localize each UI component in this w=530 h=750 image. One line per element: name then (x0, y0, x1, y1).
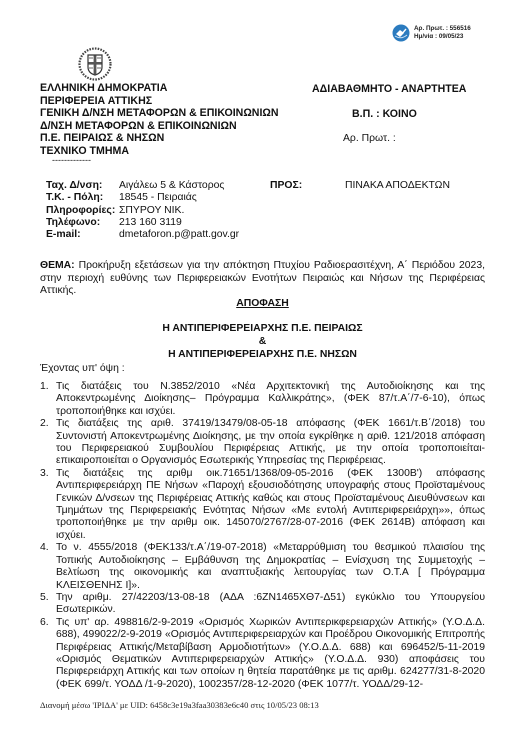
contact-email: dmetaforon.p@patt.gov.gr (119, 229, 239, 241)
contact-label: Πληροφορίες: (46, 205, 119, 217)
item-number: 3. (40, 468, 49, 480)
item-text: Τις διατάξεις της αριθμ οικ.71651/1368/0… (56, 468, 485, 542)
authority-piraeus: Η ΑΝΤΙΠΕΡΙΦΕΡΕΙΑΡΧΗΣ Π.Ε. ΠΕΙΡΑΙΩΣ (40, 322, 485, 335)
document-stamp-icon (392, 24, 410, 42)
contact-value: 213 160 3119 (119, 217, 182, 229)
decision-title: ΑΠΟΦΑΣΗ (40, 298, 485, 309)
contact-row-postal: Τ.Κ. - Πόλη: 18545 - Πειραιάς (46, 192, 239, 204)
contact-row-info: Πληροφορίες: ΣΠΥΡΟΥ ΝΙΚ. (46, 205, 239, 217)
contact-row-address: Ταχ. Δ/νση: Αιγάλεω 5 & Κάστορος (46, 180, 239, 192)
contact-details: Ταχ. Δ/νση: Αιγάλεω 5 & Κάστορος Τ.Κ. - … (46, 180, 239, 241)
legal-basis-list: 1.Τις διατάξεις του Ν.3852/2010 «Νέα Αρχ… (40, 381, 485, 691)
item-text: Το ν. 4555/2018 (ΦΕΚ133/τ.Α΄/19-07-2018)… (56, 542, 485, 592)
protocol-stamp: Αρ. Πρωτ. : 556516 Ημ/νία : 09/05/23 (392, 24, 530, 44)
item-number: 4. (40, 542, 49, 554)
contact-value: 18545 - Πειραιάς (119, 192, 197, 204)
item-number: 5. (40, 592, 49, 604)
greek-coat-of-arms-icon (78, 47, 112, 81)
priority-label: Β.Π. : ΚΟΙΝΟ (352, 108, 417, 120)
authority-ampersand: & (40, 335, 485, 348)
list-item: 5.Την αριθμ. 27/42203/13-08-18 (ΑΔΑ :6ΖΝ… (40, 592, 485, 617)
contact-label: Ταχ. Δ/νση: (46, 180, 119, 192)
protocol-number-label: Αρ. Πρωτ. : (343, 133, 396, 144)
issuer-line: Π.Ε. ΠΕΙΡΑΙΩΣ & ΝΗΣΩΝ (40, 132, 279, 145)
list-item: 1.Τις διατάξεις του Ν.3852/2010 «Νέα Αρχ… (40, 381, 485, 418)
issuer-header: ΕΛΛΗΝΙΚΗ ΔΗΜΟΚΡΑΤΙΑ ΠΕΡΙΦΕΡΕΙΑ ΑΤΤΙΚΗΣ Γ… (40, 82, 279, 158)
issuer-line: ΕΛΛΗΝΙΚΗ ΔΗΜΟΚΡΑΤΙΑ (40, 82, 279, 95)
contact-value: Αιγάλεω 5 & Κάστορος (119, 180, 224, 192)
classification-label: ΑΔΙΑΒΑΘΜΗΤΟ - ΑΝΑΡΤΗΤΕΑ (312, 83, 466, 95)
item-number: 6. (40, 617, 49, 629)
contact-row-phone: Τηλέφωνο: 213 160 3119 (46, 217, 239, 229)
subject-paragraph: ΘΕΜΑ: Προκήρυξη εξετάσεων για την απόκτη… (40, 260, 485, 298)
recipient-label: ΠΡΟΣ: (270, 180, 302, 191)
stamp-date: Ημ/νία : 09/05/23 (414, 33, 471, 41)
subject-label: ΘΕΜΑ: (40, 260, 75, 271)
list-item: 4.Το ν. 4555/2018 (ΦΕΚ133/τ.Α΄/19-07-201… (40, 542, 485, 592)
item-number: 1. (40, 381, 49, 393)
distribution-footer: Διανομή μέσω 'ΙΡΙΔΑ' με UID: 6458c3e19a3… (40, 700, 319, 710)
stamp-text: Αρ. Πρωτ. : 556516 Ημ/νία : 09/05/23 (414, 25, 471, 40)
item-text: Τις διατάξεις της αριθ. 37419/13479/08-0… (56, 418, 485, 468)
list-item: 6.Τις υπ' αρ. 498816/2-9-2019 «Ορισμός Χ… (40, 617, 485, 691)
item-text: Τις υπ' αρ. 498816/2-9-2019 «Ορισμός Χωρ… (56, 617, 485, 691)
item-number: 2. (40, 418, 49, 430)
issuer-line: ΓΕΝΙΚΗ Δ/ΝΣΗ ΜΕΤΑΦΟΡΩΝ & ΕΠΙΚΟΙΝΩΝΙΩΝ (40, 107, 279, 120)
contact-label: Τηλέφωνο: (46, 217, 119, 229)
stamp-protocol-number: Αρ. Πρωτ. : 556516 (414, 25, 471, 33)
decision-authorities: Η ΑΝΤΙΠΕΡΙΦΕΡΕΙΑΡΧΗΣ Π.Ε. ΠΕΙΡΑΙΩΣ & Η Α… (40, 322, 485, 361)
authority-islands: Η ΑΝΤΙΠΕΡΙΦΕΡΕΙΑΡΧΗΣ Π.Ε. ΝΗΣΩΝ (40, 348, 485, 361)
list-item: 3.Τις διατάξεις της αριθμ οικ.71651/1368… (40, 468, 485, 542)
subject-text: Προκήρυξη εξετάσεων για την απόκτηση Πτυ… (40, 260, 485, 296)
recipient-value: ΠΙΝΑΚΑ ΑΠΟΔΕΚΤΩΝ (345, 180, 450, 191)
issuer-line: Δ/ΝΣΗ ΜΕΤΑΦΟΡΩΝ & ΕΠΙΚΟΙΝΩΝΙΩΝ (40, 120, 279, 133)
issuer-line: ΠΕΡΙΦΕΡΕΙΑ ΑΤΤΙΚΗΣ (40, 95, 279, 108)
considering-intro: Έχοντας υπ' όψη : (40, 363, 125, 374)
item-text: Την αριθμ. 27/42203/13-08-18 (ΑΔΑ :6ΖΝ14… (56, 592, 485, 617)
list-item: 2.Τις διατάξεις της αριθ. 37419/13479/08… (40, 418, 485, 468)
contact-label: E-mail: (46, 229, 119, 241)
contact-label: Τ.Κ. - Πόλη: (46, 192, 119, 204)
contact-value: ΣΠΥΡΟΥ ΝΙΚ. (119, 205, 184, 217)
contact-row-email: E-mail: dmetaforon.p@patt.gov.gr (46, 229, 239, 241)
header-separator: ------------- (52, 155, 91, 165)
item-text: Τις διατάξεις του Ν.3852/2010 «Νέα Αρχιτ… (56, 381, 485, 418)
